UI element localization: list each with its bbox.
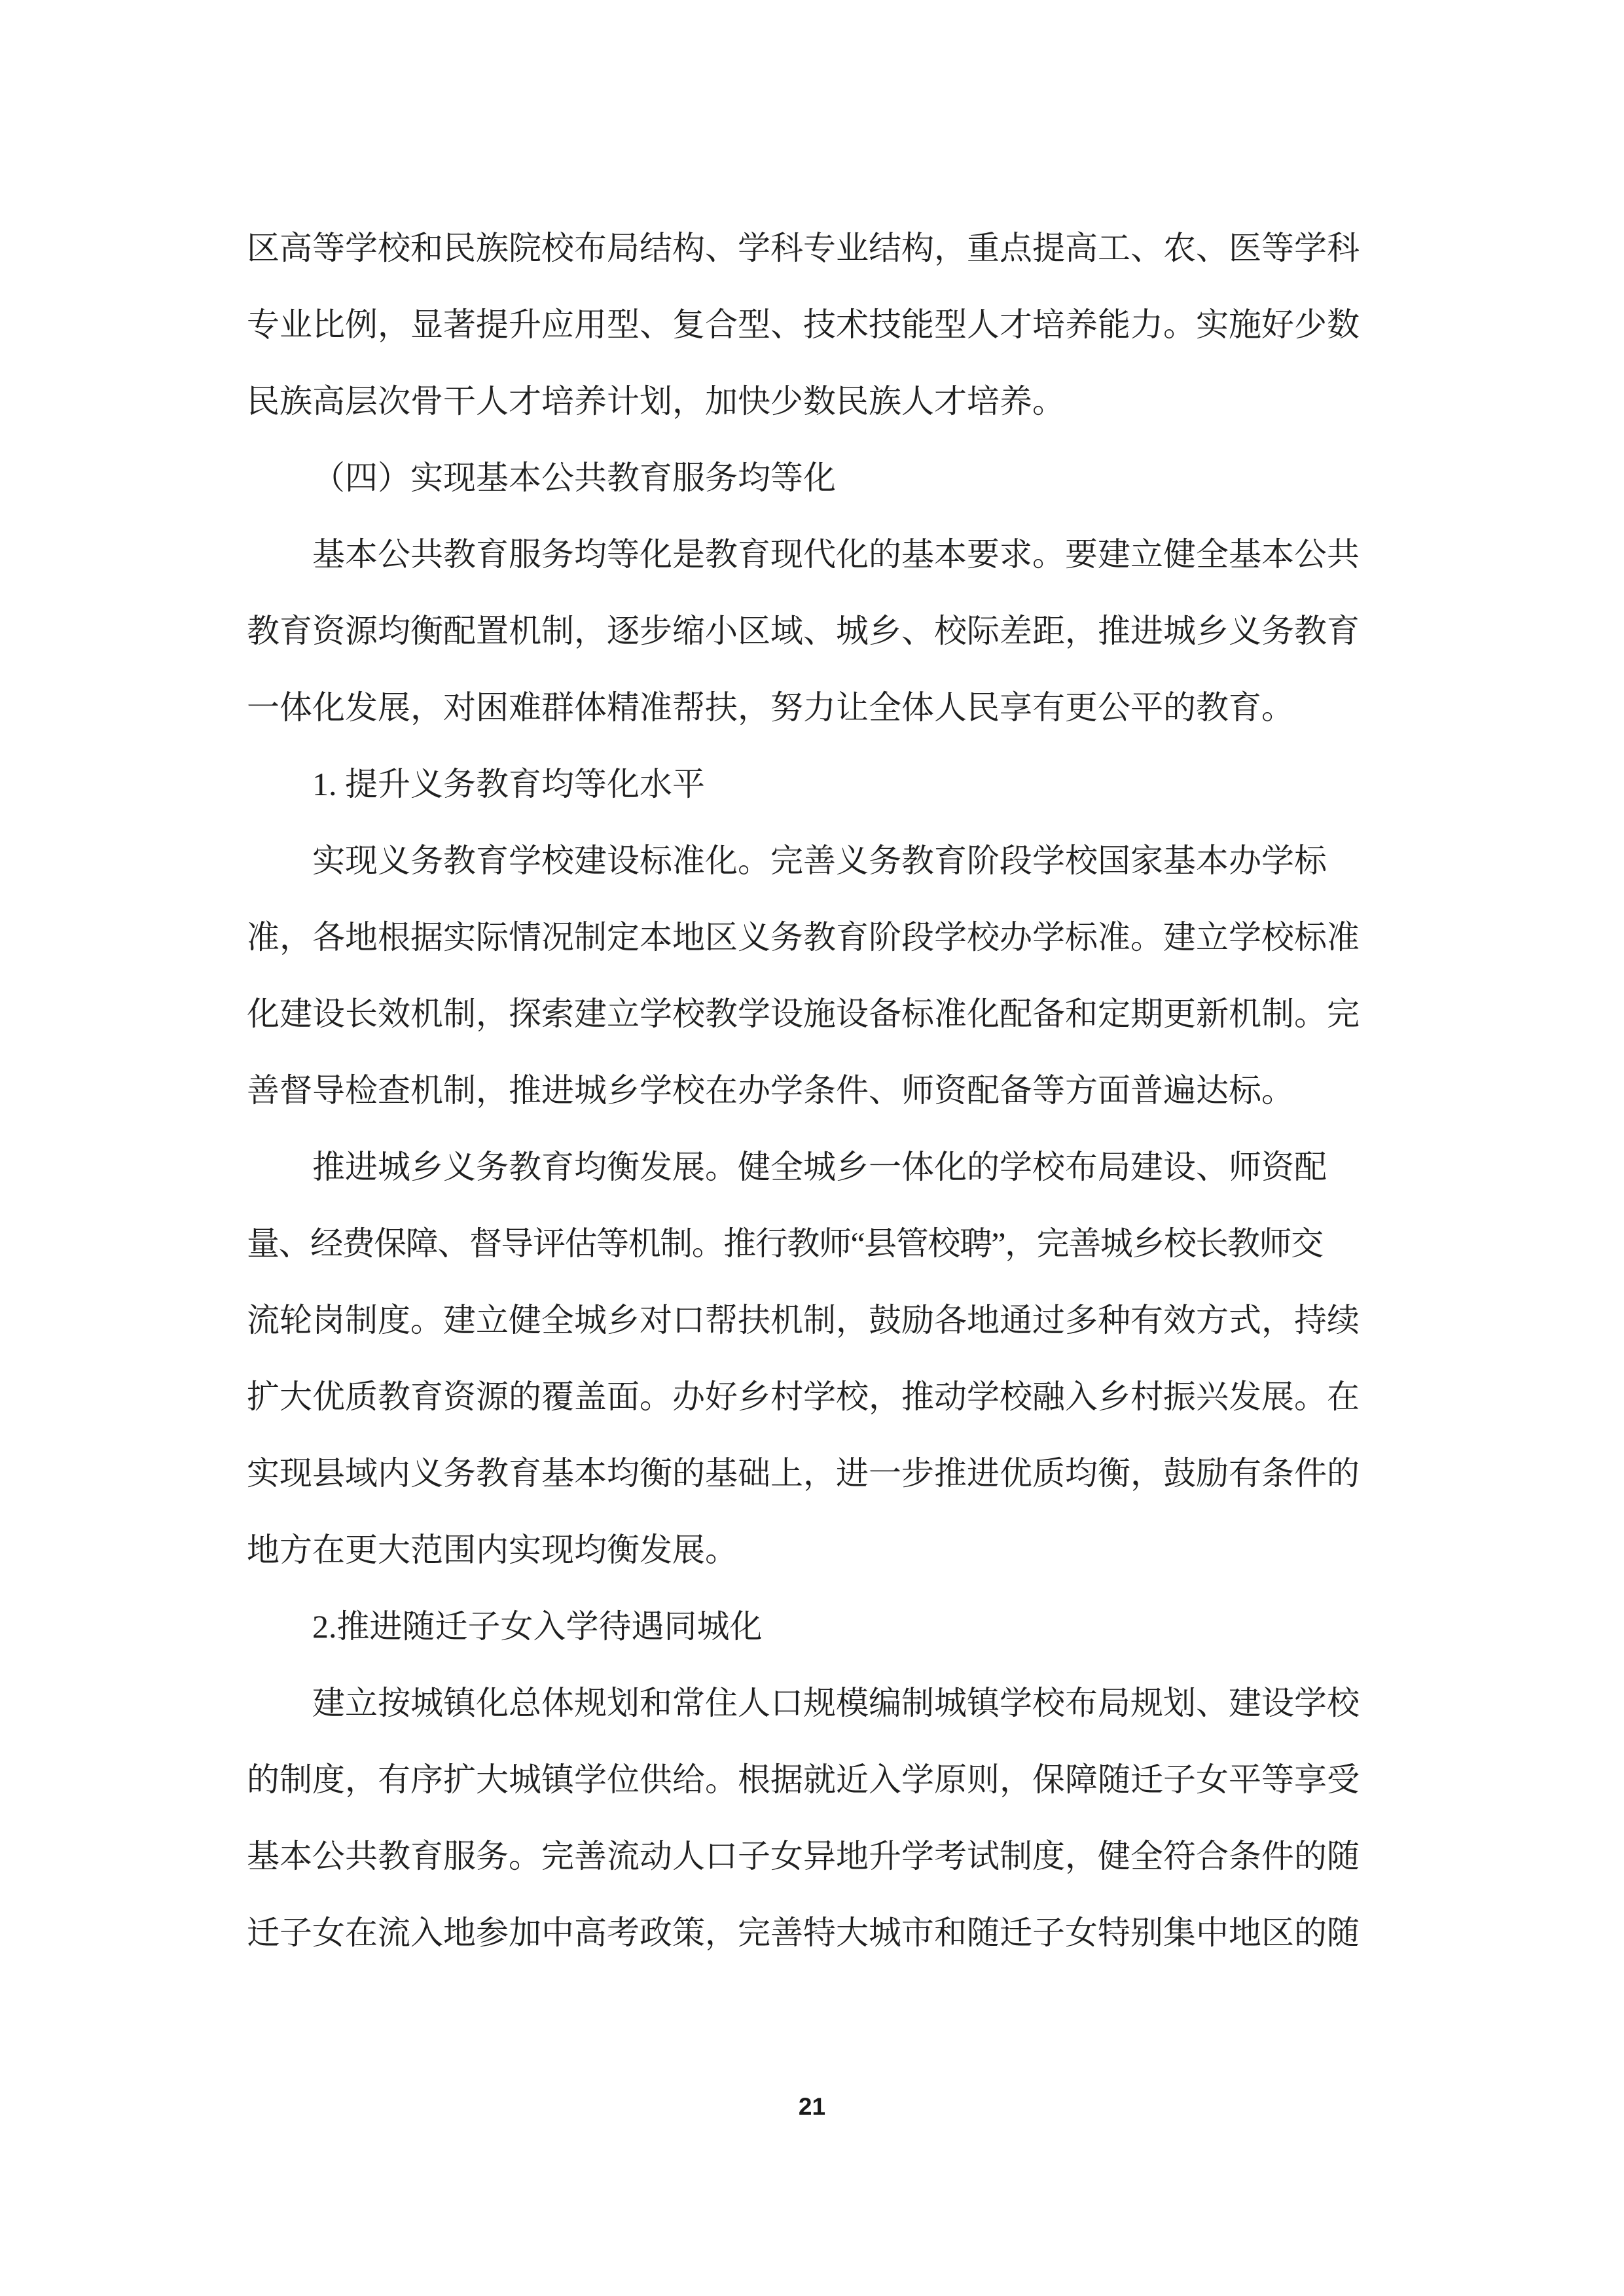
text-line: 的制度，有序扩大城镇学位供给。根据就近入学原则，保障随迁子女平等享受 [247,1742,1360,1818]
text-line: 基本公共教育服务均等化是教育现代化的基本要求。要建立健全基本公共 [247,516,1360,593]
document-page: 区高等学校和民族院校布局结构、学科专业结构，重点提高工、农、医等学科 专业比例，… [0,0,1624,2296]
page-number: 21 [0,2093,1624,2121]
text-line: 教育资源均衡配置机制，逐步缩小区域、城乡、校际差距，推进城乡义务教育 [247,593,1360,670]
text-line: 推进城乡义务教育均衡发展。健全城乡一体化的学校布局建设、师资配 [247,1129,1360,1206]
text-line: 准，各地根据实际情况制定本地区义务教育阶段学校办学标准。建立学校标准 [247,899,1360,976]
text-line: 实现义务教育学校建设标准化。完善义务教育阶段学校国家基本办学标 [247,823,1360,899]
text-line: 区高等学校和民族院校布局结构、学科专业结构，重点提高工、农、医等学科 [247,210,1360,287]
text-line: 专业比例，显著提升应用型、复合型、技术技能型人才培养能力。实施好少数 [247,287,1360,363]
text-line: 一体化发展，对困难群体精准帮扶，努力让全体人民享有更公平的教育。 [247,670,1360,746]
section-heading: （四）实现基本公共教育服务均等化 [247,440,1360,516]
text-line: 化建设长效机制，探索建立学校教学设施设备标准化配备和定期更新机制。完 [247,976,1360,1052]
subsection-heading: 2.推进随迁子女入学待遇同城化 [247,1588,1360,1665]
text-line: 基本公共教育服务。完善流动人口子女异地升学考试制度，健全符合条件的随 [247,1818,1360,1895]
text-line: 流轮岗制度。建立健全城乡对口帮扶机制，鼓励各地通过多种有效方式，持续 [247,1282,1360,1359]
text-line: 扩大优质教育资源的覆盖面。办好乡村学校，推动学校融入乡村振兴发展。在 [247,1359,1360,1435]
subsection-heading: 1. 提升义务教育均等化水平 [247,746,1360,823]
document-text-block: 区高等学校和民族院校布局结构、学科专业结构，重点提高工、农、医等学科 专业比例，… [247,210,1360,1971]
text-line: 量、经费保障、督导评估等机制。推行教师“县管校聘”，完善城乡校长教师交 [247,1206,1360,1282]
text-line: 民族高层次骨干人才培养计划，加快少数民族人才培养。 [247,363,1360,440]
text-line: 实现县域内义务教育基本均衡的基础上，进一步推进优质均衡，鼓励有条件的 [247,1435,1360,1512]
text-line: 建立按城镇化总体规划和常住人口规模编制城镇学校布局规划、建设学校 [247,1665,1360,1742]
text-line: 迁子女在流入地参加中高考政策，完善特大城市和随迁子女特别集中地区的随 [247,1895,1360,1971]
text-line: 善督导检查机制，推进城乡学校在办学条件、师资配备等方面普遍达标。 [247,1052,1360,1129]
text-line: 地方在更大范围内实现均衡发展。 [247,1512,1360,1588]
